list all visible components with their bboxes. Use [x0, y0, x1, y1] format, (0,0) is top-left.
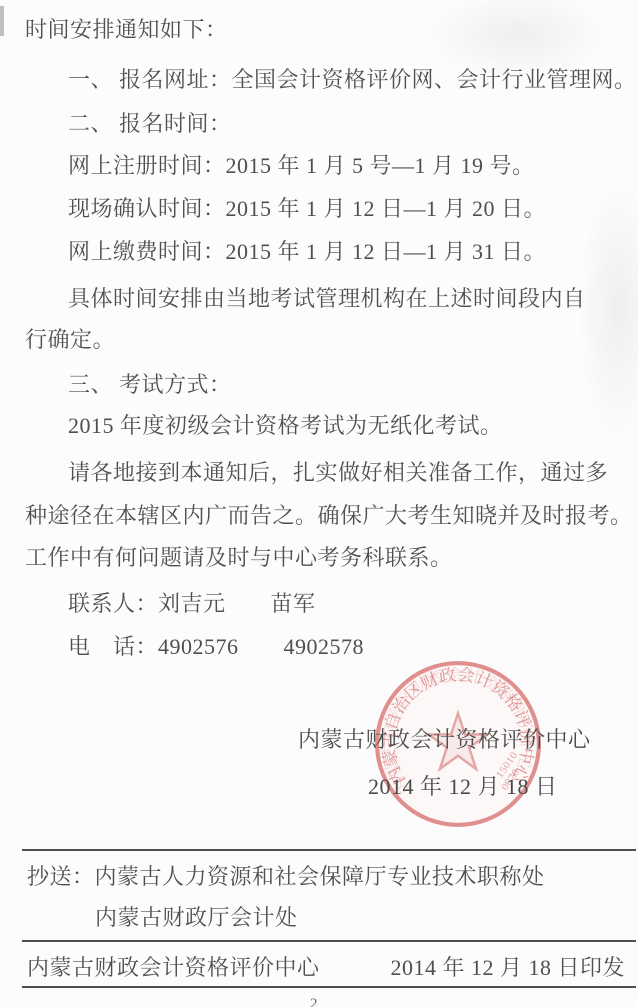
divider-line-top: [22, 849, 636, 851]
notice-line: 一、 报名网址：全国会计资格评价网、会计行业管理网。: [68, 66, 637, 93]
notice-line: 网上缴费时间：2015 年 1 月 12 日—1 月 31 日。: [68, 238, 546, 265]
notice-line: 时间安排通知如下：: [25, 16, 228, 43]
issuer-name: 内蒙古财政会计资格评价中心: [27, 951, 320, 982]
issue-row: 内蒙古财政会计资格评价中心 2014 年 12 月 18 日印发: [27, 951, 625, 982]
scan-artifact-smudge: [578, 180, 638, 440]
cc-line-1: 抄送：内蒙古人力资源和社会保障厅专业技术职称处: [27, 860, 545, 891]
scan-artifact-edge: [0, 6, 4, 36]
cc-line-2: 内蒙古财政厅会计处: [95, 901, 298, 932]
notice-line: 三、 考试方式：: [68, 371, 232, 398]
notice-line: 2015 年度初级会计资格考试为无纸化考试。: [68, 412, 503, 439]
notice-line: 请各地接到本通知后，扎实做好相关准备工作，通过多: [68, 459, 608, 486]
divider-line-middle: [22, 940, 636, 942]
contact-persons-line: 联系人：刘吉元 苗军: [68, 590, 316, 617]
notice-line: 种途径在本辖区内广而告之。确保广大考生知晓并及时报考。: [25, 502, 633, 529]
notice-line: 二、 报名时间：: [68, 110, 232, 137]
notice-line: 现场确认时间：2015 年 1 月 12 日—1 月 20 日。: [68, 195, 546, 222]
signature-date: 2014 年 12 月 18 日: [368, 770, 558, 801]
print-date: 2014 年 12 月 18 日印发: [390, 951, 625, 982]
notice-line: 网上注册时间：2015 年 1 月 5 号—1 月 19 号。: [68, 152, 535, 179]
notice-line: 工作中有何问题请及时与中心考务科联系。: [25, 544, 453, 571]
page-number: 2: [310, 996, 318, 1007]
scanned-notice-page: 时间安排通知如下： 一、 报名网址：全国会计资格评价网、会计行业管理网。 二、 …: [0, 0, 638, 1007]
notice-line: 行确定。: [25, 326, 115, 353]
contact-phone-line: 电 话：4902576 4902578: [68, 633, 364, 660]
notice-line: 具体时间安排由当地考试管理机构在上述时间段内自: [68, 285, 586, 312]
signature-org: 内蒙古财政会计资格评价中心: [298, 723, 591, 754]
divider-line-bottom: [22, 986, 636, 988]
